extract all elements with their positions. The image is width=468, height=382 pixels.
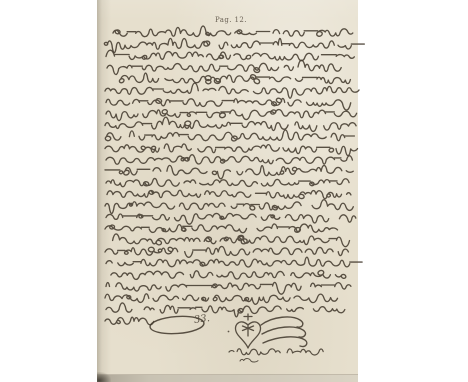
page-corner-smudge — [97, 372, 111, 382]
manuscript-page — [97, 0, 358, 382]
signature-numerals: 33. — [193, 313, 210, 326]
page-number-label: Pag. 12. — [215, 16, 247, 24]
page-bottom-edge-shadow — [97, 375, 358, 382]
photo-viewer: Pag. 12. 33. — [0, 0, 468, 382]
